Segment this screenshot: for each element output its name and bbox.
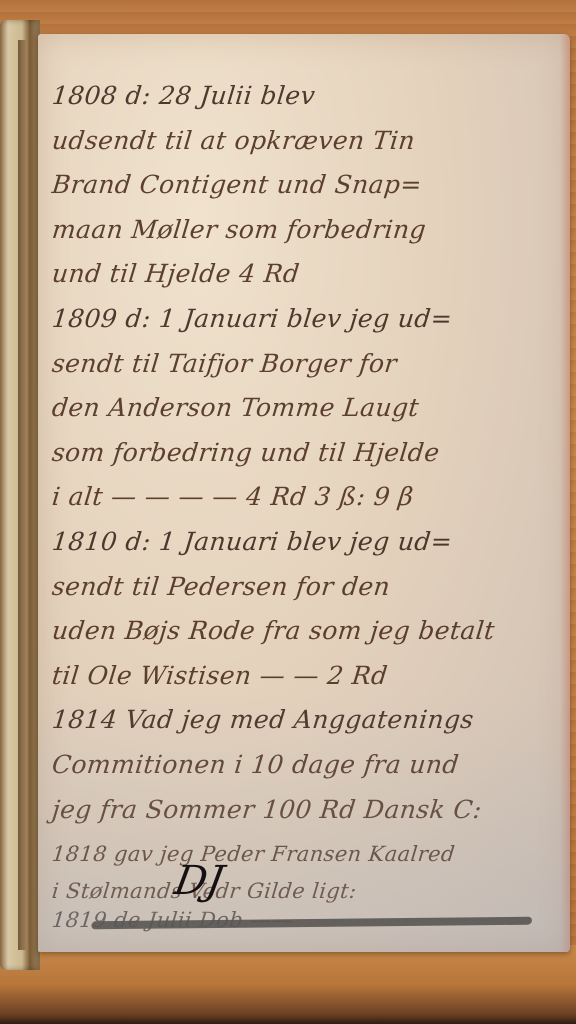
handwritten-text-block: 1808 d: 28 Julii blev udsendt til at opk… [52,74,560,935]
entry-line: i alt — — — — 4 Rd 3 ß: 9 β [50,475,563,520]
wooden-table-edge [0,945,576,1024]
entry-line: sendt til Taifjor Borger for [50,342,563,387]
entry-line: Brand Contigent und Snap= [50,163,563,208]
entry-line: maan Møller som forbedring [50,208,563,253]
entry-line: som forbedring und til Hjelde [50,431,563,476]
entry-line: 1808 d: 28 Julii blev [50,74,563,119]
entry-line: 1818 gav jeg Peder Fransen Kaalred [50,832,563,877]
entry-line: sendt til Pedersen for den [50,565,563,610]
entry-line: 1809 d: 1 Januari blev jeg ud= [50,297,563,342]
entry-line: til Ole Wistisen — — 2 Rd [50,654,563,699]
entry-line: i Stølmands Vedr Gilde ligt: [51,877,562,905]
entry-line: 1814 Vad jeg med Anggatenings [50,698,563,743]
entry-line: und til Hjelde 4 Rd [50,252,563,297]
signature-monogram: DJ [171,858,227,904]
book-gutter [18,40,26,950]
entry-line: den Anderson Tomme Laugt [50,386,563,431]
struck-entry-line: 1819 de Julii Dob —— [50,905,561,935]
entry-line: Commitionen i 10 dage fra und [50,743,563,788]
entry-line: jeg fra Sommer 100 Rd Dansk C: [50,788,563,833]
entry-line: uden Bøjs Rode fra som jeg betalt [50,609,563,654]
page-edge [560,34,570,952]
manuscript-page: 1808 d: 28 Julii blev udsendt til at opk… [38,34,570,952]
entry-line: udsendt til at opkræven Tin [50,119,563,164]
entry-line: 1810 d: 1 Januari blev jeg ud= [50,520,563,565]
